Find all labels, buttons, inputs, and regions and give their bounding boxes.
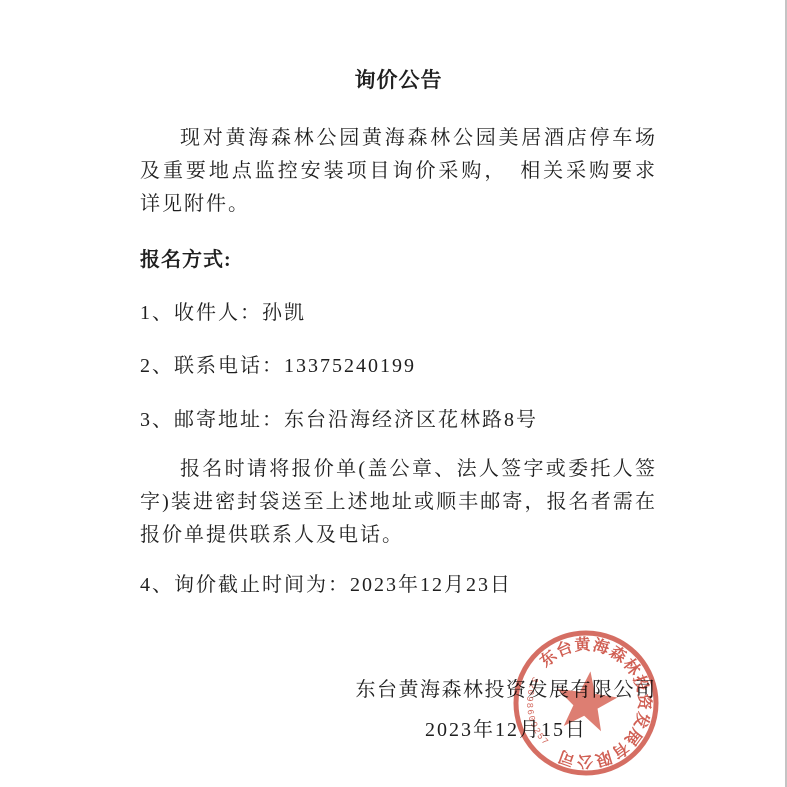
document-page: 询价公告 现对黄海森林公园黄海森林公园美居酒店停车场及重要地点监控安装项目询价采…: [0, 0, 787, 787]
section-heading: 报名方式:: [140, 249, 657, 271]
signature-block: 东台黄海森林投资发展有限公司 2023年12月15日: [355, 679, 657, 741]
intro-paragraph: 现对黄海森林公园黄海森林公园美居酒店停车场及重要地点监控安装项目询价采购， 相关…: [140, 122, 657, 221]
document-body: 询价公告 现对黄海森林公园黄海森林公园美居酒店停车场及重要地点监控安装项目询价采…: [140, 68, 657, 741]
submission-paragraph: 报名时请将报价单(盖公章、法人签字或委托人签字)装进密封袋送至上述地址或顺丰邮寄…: [140, 453, 657, 552]
page-title: 询价公告: [140, 68, 657, 92]
deadline-item: 4、询价截止时间为：2023年12月23日: [140, 574, 657, 596]
contact-item-phone: 2、联系电话：13375240199: [140, 355, 657, 377]
contact-item-recipient: 1、收件人：孙凯: [140, 302, 657, 324]
signature-date: 2023年12月15日: [355, 719, 657, 741]
contact-item-address: 3、邮寄地址：东台沿海经济区花林路8号: [140, 409, 657, 431]
signature-company: 东台黄海森林投资发展有限公司: [355, 679, 657, 701]
